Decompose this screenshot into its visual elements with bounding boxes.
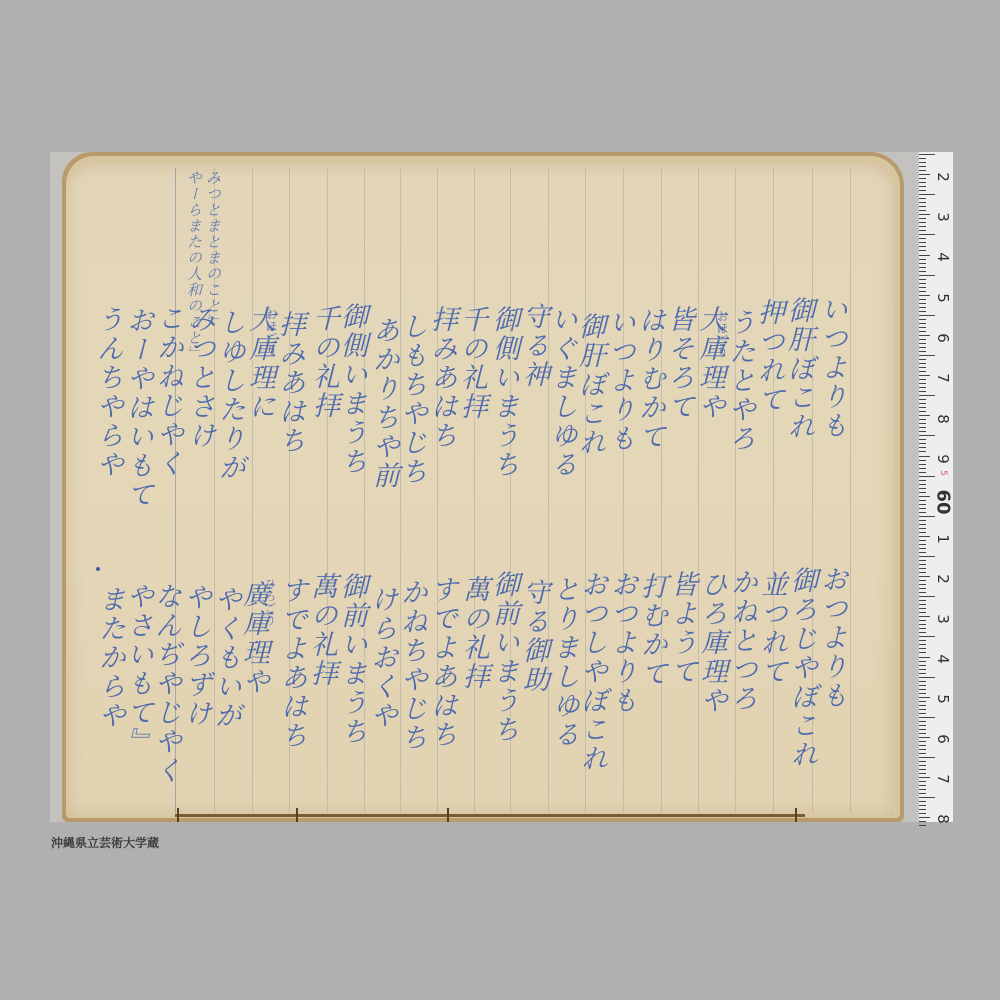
ruler-tick <box>919 186 926 187</box>
ruler-label: 6 <box>934 328 952 348</box>
verse-line: とりましゆる <box>550 575 577 749</box>
ruler-tick <box>919 632 926 633</box>
ruler-tick <box>919 387 926 388</box>
ruler-tick <box>919 371 926 372</box>
ruler-tick <box>919 178 926 179</box>
ruler-tick <box>919 267 926 268</box>
ruler-tick <box>919 210 926 211</box>
ruler-tick <box>919 182 926 183</box>
verse-line: やしろずけ <box>182 583 209 728</box>
ruler-tick <box>919 697 930 698</box>
verse-line: 拝みあはち <box>276 310 303 455</box>
ruler-tick <box>919 403 926 404</box>
verse-line: 拝みあはち <box>428 305 455 450</box>
ruler-tick <box>919 415 930 416</box>
ruler-label: 7 <box>934 368 952 388</box>
ruler-tick <box>919 234 935 235</box>
ruler-tick <box>919 725 926 726</box>
ruler-tick <box>919 423 926 424</box>
ruler-tick <box>919 331 926 332</box>
ruler-tick <box>919 447 926 448</box>
verse-line: 守る神 <box>520 302 547 389</box>
ruler-label: 2 <box>934 569 952 589</box>
ruler-label: 7 <box>934 769 952 789</box>
verse-line: 御ろじやぼこれ <box>788 566 815 769</box>
ruler-label: 4 <box>934 247 952 267</box>
ruler-label: 60 <box>933 490 954 510</box>
verse-line: 押つれて <box>755 298 782 414</box>
ruler-tick <box>919 343 926 344</box>
ruler-label: 6 <box>934 729 952 749</box>
verse-line: 御前いまうち <box>338 572 365 746</box>
ruler-tick <box>919 572 926 573</box>
ruler-tick <box>919 793 926 794</box>
ruled-line <box>735 168 736 813</box>
ruler-tick <box>919 781 926 782</box>
ruler-tick <box>919 665 926 666</box>
ruler-tick <box>919 612 926 613</box>
ruler-tick <box>919 789 926 790</box>
ruled-line <box>327 168 328 813</box>
ruler-tick <box>919 741 926 742</box>
ruler-tick <box>919 520 926 521</box>
ruler-tick <box>919 568 926 569</box>
ruler-tick <box>919 162 926 163</box>
ruler-tick <box>919 319 926 320</box>
verse-line: けらおくや <box>368 585 395 730</box>
ruler-tick <box>919 560 926 561</box>
ruler-tick <box>919 303 926 304</box>
ruler-tick <box>919 431 926 432</box>
ruler-tick <box>919 206 926 207</box>
ruler-tick <box>919 351 926 352</box>
ruler-tick <box>919 291 926 292</box>
ruler-tick <box>919 379 926 380</box>
verse-line: すでよあはち <box>428 575 455 749</box>
ruler-tick <box>919 488 926 489</box>
ruler-tick <box>919 713 926 714</box>
verse-line: うんちやらや <box>94 305 121 479</box>
ruler-tick <box>919 299 926 300</box>
verse-line: なんぢやじやく <box>152 582 179 785</box>
ruler-tick <box>919 246 926 247</box>
ruler-tick <box>919 158 926 159</box>
binding-staple <box>795 808 797 822</box>
ruler-tick <box>919 745 926 746</box>
ruler-tick <box>919 395 935 396</box>
binding-staple <box>447 808 449 822</box>
ruled-line <box>850 168 851 813</box>
ruler-tick <box>919 214 930 215</box>
verse-line: 御側いまうち <box>338 302 365 476</box>
ruler-tick <box>919 681 926 682</box>
ruler-tick <box>919 451 926 452</box>
ruler-tick <box>919 335 930 336</box>
ruler-tick <box>919 721 926 722</box>
ruler-tick <box>919 805 926 806</box>
verse-line: やさいもて』 <box>124 582 151 756</box>
ruler-tick <box>919 705 926 706</box>
ruler-tick <box>919 797 935 798</box>
verse-line: 萬の礼拝 <box>308 572 335 688</box>
ruler-tick <box>919 677 935 678</box>
ruler-tick <box>919 777 930 778</box>
ruler-tick <box>919 359 926 360</box>
ruler-tick <box>919 813 926 814</box>
ruler-tick <box>919 443 926 444</box>
ruler-tick <box>919 817 930 818</box>
ruler-tick <box>919 636 935 637</box>
ruler-tick <box>919 516 935 517</box>
binding-staple <box>296 808 298 822</box>
ruler-tick <box>919 769 926 770</box>
verse-line: 並つれて <box>758 570 785 686</box>
ruler-tick <box>919 154 935 155</box>
verse-line: 守る御助 <box>520 578 547 694</box>
ruler-tick <box>919 242 926 243</box>
ruler-tick <box>919 624 926 625</box>
verse-line: 打むかて <box>638 572 665 688</box>
ruler-tick <box>919 411 926 412</box>
verse-line: みつとさけ <box>186 305 213 450</box>
ruler-tick <box>919 592 926 593</box>
verse-line: ひろ庫理や <box>698 570 725 715</box>
ruler-tick <box>919 588 926 589</box>
ruler-tick <box>919 355 935 356</box>
ruler-tick <box>919 327 926 328</box>
ruler-tick <box>919 689 926 690</box>
ruler-tick <box>919 367 926 368</box>
verse-line: おつよりも <box>608 570 635 715</box>
ruler-tick <box>919 230 926 231</box>
ruler-tick <box>919 375 930 376</box>
ruler-tick <box>919 166 926 167</box>
ruled-line <box>252 168 253 813</box>
ruler-tick <box>919 544 926 545</box>
verse-line: 御肝ぼこれ <box>576 312 603 457</box>
ruler-tick <box>919 295 930 296</box>
ruler-tick <box>919 528 926 529</box>
ruler-tick <box>919 307 926 308</box>
ruler-tick <box>919 500 926 501</box>
verse-line: おつしやぼこれ <box>578 570 605 773</box>
ruler-label: 2 <box>934 167 952 187</box>
ruler-tick <box>919 255 930 256</box>
verse-line: いつよりも <box>818 295 845 440</box>
ruler-label: 4 <box>934 649 952 669</box>
verse-line: しもちやじち <box>398 312 425 486</box>
verse-line: 皆そろて <box>665 305 692 421</box>
ruler-red-label: 5 <box>938 463 948 483</box>
ruler-tick <box>919 556 935 557</box>
ruler-tick <box>919 492 926 493</box>
verse-line: やくもいが <box>212 585 239 730</box>
ruler-tick <box>919 765 926 766</box>
ruler-tick <box>919 287 926 288</box>
ruler-tick <box>919 399 926 400</box>
verse-line: 千の礼拝 <box>458 305 485 421</box>
verse-line: いぐましゆる <box>548 305 575 479</box>
ruler-tick <box>919 540 926 541</box>
ruler-label: 8 <box>934 809 952 829</box>
ruler-tick <box>919 435 935 436</box>
ruler-label: 5 <box>934 288 952 308</box>
ruler-tick <box>919 439 926 440</box>
verse-line: かねちやじち <box>398 578 425 752</box>
ruler-tick <box>919 757 935 758</box>
verse-line: すでよあはち <box>278 576 305 750</box>
ruler-tick <box>919 761 926 762</box>
ruler-tick <box>919 604 926 605</box>
verse-line: おつよりも <box>818 565 845 710</box>
ruler-tick <box>919 628 926 629</box>
ruler-tick <box>919 323 926 324</box>
ruler-tick <box>919 275 935 276</box>
ruler-tick <box>919 460 926 461</box>
ruled-line <box>661 168 662 813</box>
ruler-tick <box>919 648 926 649</box>
ruler-tick <box>919 584 926 585</box>
ruler-tick <box>919 693 926 694</box>
ruler-tick <box>919 315 935 316</box>
verse-line: かねとつろ <box>728 568 755 713</box>
ruled-line <box>474 168 475 813</box>
ruby-annotation: おほごり <box>263 308 280 356</box>
ruler-tick <box>919 170 926 171</box>
ruler-tick <box>919 737 930 738</box>
verse-line: しゆしたりが <box>216 308 243 482</box>
collection-caption: 沖縄県立芸術大学蔵 <box>51 834 159 851</box>
verse-line: おーやはいもて <box>124 306 151 509</box>
ruler-tick <box>919 311 926 312</box>
ruler-tick <box>919 685 926 686</box>
ruler-tick <box>919 749 926 750</box>
ruler-tick <box>919 809 926 810</box>
ruler-tick <box>919 512 926 513</box>
ruler-tick <box>919 620 926 621</box>
ruler-tick <box>919 532 926 533</box>
ruler-tick <box>919 194 935 195</box>
ruler-tick <box>919 717 935 718</box>
ruler-tick <box>919 673 926 674</box>
ruler-tick <box>919 347 926 348</box>
ruler-tick <box>919 616 930 617</box>
ruler-tick <box>919 259 926 260</box>
ruler-tick <box>919 608 926 609</box>
binding-staple <box>177 808 179 822</box>
ruler-tick <box>919 222 926 223</box>
ruler-tick <box>919 596 935 597</box>
ruler-tick <box>919 464 926 465</box>
ruler-tick <box>919 271 926 272</box>
ruler-tick <box>919 476 935 477</box>
ruler-tick <box>919 419 926 420</box>
ruby-annotation: ひろごり <box>262 578 279 626</box>
ruler-tick <box>919 263 926 264</box>
ruler-tick <box>919 669 926 670</box>
ruler-tick <box>919 198 926 199</box>
ink-dot <box>96 567 100 571</box>
ruler-tick <box>919 576 930 577</box>
ruler-tick <box>919 821 926 822</box>
ruler-tick <box>919 825 926 826</box>
ruler-tick <box>919 729 926 730</box>
ruler-tick <box>919 496 930 497</box>
verse-line: いつよりも <box>606 308 633 453</box>
verse-line: はりむかて <box>636 306 663 451</box>
verse-line: 大庫理や <box>696 305 723 421</box>
ruled-line <box>698 168 699 813</box>
ruler-tick <box>919 174 930 175</box>
ruler-tick <box>919 472 926 473</box>
ruled-line <box>623 168 624 813</box>
ruler-tick <box>919 456 930 457</box>
verse-line: またからや <box>96 585 123 730</box>
ruler-tick <box>919 548 926 549</box>
ruler-tick <box>919 391 926 392</box>
ruler-label: 1 <box>934 529 952 549</box>
ruler-tick <box>919 226 926 227</box>
ruler-tick <box>919 250 926 251</box>
ruler-tick <box>919 709 926 710</box>
binding-thread <box>175 814 805 817</box>
ruler-tick <box>919 657 930 658</box>
verse-line: 御前いまうち <box>490 570 517 744</box>
ruler-tick <box>919 773 926 774</box>
ruler-tick <box>919 339 926 340</box>
ruler-tick <box>919 283 926 284</box>
ruler-tick <box>919 504 926 505</box>
verse-line: こかねじやく <box>154 304 181 478</box>
ruled-line <box>773 168 774 813</box>
ruler-tick <box>919 508 926 509</box>
ruler-tick <box>919 640 926 641</box>
ruler-tick <box>919 661 926 662</box>
ruler-tick <box>919 383 926 384</box>
ruler-tick <box>919 202 926 203</box>
ruler-tick <box>919 801 926 802</box>
ruler-tick <box>919 580 926 581</box>
ruler-label: 3 <box>934 609 952 629</box>
verse-line: 萬の礼拝 <box>460 575 487 691</box>
measuring-ruler: 2 3 4 5 6 7 8 9 5 60 1 2 3 4 5 6 7 8 <box>918 152 953 822</box>
verse-line: 御側いまうち <box>490 305 517 479</box>
ruler-tick <box>919 733 926 734</box>
ruler-tick <box>919 785 926 786</box>
ruler-label: 3 <box>934 207 952 227</box>
verse-line: 皆ようて <box>668 570 695 686</box>
ruler-tick <box>919 238 926 239</box>
ruler-tick <box>919 190 926 191</box>
verse-line: 千の礼拝 <box>310 304 337 420</box>
ruler-tick <box>919 480 926 481</box>
ruler-tick <box>919 564 926 565</box>
ruler-tick <box>919 363 926 364</box>
ruler-tick <box>919 218 926 219</box>
ruler-label: 5 <box>934 689 952 709</box>
ruler-tick <box>919 468 926 469</box>
ruler-tick <box>919 600 926 601</box>
ruler-tick <box>919 652 926 653</box>
ruler-tick <box>919 407 926 408</box>
ruler-tick <box>919 701 926 702</box>
verse-line: 御肝ぼこれ <box>785 296 812 441</box>
ruler-tick <box>919 536 930 537</box>
ruler-tick <box>919 279 926 280</box>
ruler-tick <box>919 427 926 428</box>
ruler-tick <box>919 552 926 553</box>
ruler-tick <box>919 644 926 645</box>
ruler-tick <box>919 524 926 525</box>
ruler-tick <box>919 753 926 754</box>
verse-line: あかりちや前 <box>370 316 397 490</box>
ruler-tick <box>919 484 926 485</box>
ruler-label: 8 <box>934 409 952 429</box>
